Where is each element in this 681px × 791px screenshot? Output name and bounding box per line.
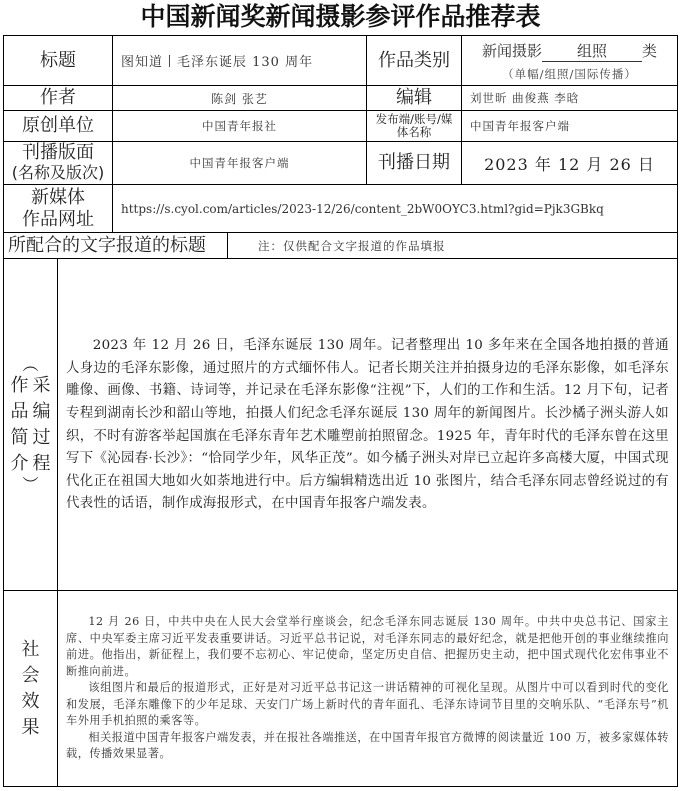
author-value-text: 陈剑 张艺 — [211, 90, 268, 107]
editor-value: 刘世昕 曲俊燕 李晗 — [461, 85, 678, 111]
process-label-char: 品 — [11, 399, 29, 425]
origin-value-text: 中国青年报社 — [202, 118, 277, 134]
title-label-text: 标题 — [40, 51, 76, 71]
effect-label-char: 社 — [22, 637, 40, 663]
process-label-col-left: 作 品 简 介 — [9, 373, 31, 477]
related-label: 所配合的文字报道的标题 — [3, 232, 228, 259]
related-note-text: 注：仅供配合文字报道的作品填报 — [258, 238, 446, 254]
effect-label-char: 效 — [22, 689, 40, 715]
effect-label-char: 会 — [22, 663, 40, 689]
process-label-char: 编 — [33, 399, 51, 425]
process-label-col-right: 采 编 过 程 — [31, 373, 53, 477]
author-value: 陈剑 张艺 — [112, 85, 367, 111]
effect-paragraph: 12 月 26 日，中共中央在人民大会堂举行座谈会，纪念毛泽东同志诞辰 130 … — [66, 614, 669, 680]
editor-value-text: 刘世昕 曲俊燕 李晗 — [470, 90, 579, 106]
publisher-label: 发布端/账号/媒体名称 — [366, 110, 462, 142]
author-label-text: 作者 — [40, 88, 76, 108]
layout-value-text: 中国青年报客户端 — [190, 155, 290, 171]
layout-label-line2: (名称及版次) — [12, 163, 105, 183]
url-value[interactable]: https://s.cyol.com/articles/2023-12/26/c… — [112, 184, 678, 233]
publisher-value: 中国青年报客户端 — [461, 110, 678, 142]
effect-paragraph: 该组图片和最后的报道形式，正好是对习近平总书记这一讲话精神的可视化呈现。从图片中… — [66, 680, 669, 730]
editor-label: 编辑 — [366, 85, 462, 111]
process-label: ︵ 采 编 过 程 作 品 简 介 ︶ — [3, 258, 58, 591]
url-label: 新媒体 作品网址 — [3, 184, 113, 233]
date-value-text: 2023 年 12 月 26 日 — [484, 152, 655, 175]
origin-label: 原创单位 — [3, 110, 113, 142]
process-label-columns: 采 编 过 程 作 品 简 介 — [9, 373, 53, 477]
category-line: 新闻摄影组照类 — [482, 40, 657, 62]
url-label-line1: 新媒体 — [31, 187, 85, 209]
layout-label: 刊播版面 (名称及版次) — [3, 141, 113, 185]
date-value: 2023 年 12 月 26 日 — [461, 141, 678, 185]
category-label: 作品类别 — [366, 35, 462, 86]
origin-label-text: 原创单位 — [22, 116, 94, 136]
process-text: 2023 年 12 月 26 日，毛泽东诞辰 130 周年。记者整理出 10 多… — [57, 258, 678, 591]
date-label-text: 刊播日期 — [378, 153, 450, 173]
effect-label: 社 会 效 果 — [3, 590, 58, 787]
process-label-char: 程 — [33, 451, 51, 477]
url-link[interactable]: https://s.cyol.com/articles/2023-12/26/c… — [121, 202, 604, 216]
layout-label-line1: 刊播版面 — [22, 143, 94, 163]
author-label: 作者 — [3, 85, 113, 111]
effect-label-char: 果 — [22, 715, 40, 741]
publisher-label-text: 发布端/账号/媒体名称 — [373, 113, 455, 139]
category-label-text: 作品类别 — [378, 51, 450, 71]
publisher-value-text: 中国青年报客户端 — [470, 118, 570, 134]
title-value-text: 图知道丨毛泽东诞辰 130 周年 — [121, 51, 313, 70]
category-selected: 组照 — [542, 40, 642, 62]
title-label: 标题 — [3, 35, 113, 86]
process-label-char: 介 — [11, 451, 29, 477]
url-label-line2: 作品网址 — [22, 209, 94, 231]
process-paren-close: ︶ — [22, 477, 38, 493]
layout-value: 中国青年报客户端 — [112, 141, 367, 185]
origin-value: 中国青年报社 — [112, 110, 367, 142]
process-label-char: 采 — [33, 373, 51, 399]
date-label: 刊播日期 — [366, 141, 462, 185]
category-options: （单幅/组照/国际传播） — [502, 66, 637, 82]
related-label-text: 所配合的文字报道的标题 — [8, 236, 206, 256]
title-value: 图知道丨毛泽东诞辰 130 周年 — [112, 35, 367, 86]
category-prefix: 新闻摄影 — [482, 42, 542, 60]
category-suffix: 类 — [642, 42, 657, 60]
process-label-char: 过 — [33, 425, 51, 451]
category-wrap: 新闻摄影组照类 （单幅/组照/国际传播） — [482, 40, 657, 82]
process-paragraph: 2023 年 12 月 26 日，毛泽东诞辰 130 周年。记者整理出 10 多… — [66, 335, 669, 516]
process-label-char: 作 — [11, 373, 29, 399]
category-value: 新闻摄影组照类 （单幅/组照/国际传播） — [461, 35, 678, 86]
effect-text: 12 月 26 日，中共中央在人民大会堂举行座谈会，纪念毛泽东同志诞辰 130 … — [57, 590, 678, 787]
process-paren-open: ︵ — [22, 357, 38, 373]
editor-label-text: 编辑 — [396, 88, 432, 108]
process-label-char: 简 — [11, 425, 29, 451]
related-note: 注：仅供配合文字报道的作品填报 — [227, 232, 678, 259]
effect-paragraph: 相关报道中国青年报客户端发表，并在报社各端推送，在中国青年报官方微博的阅读量近 … — [66, 730, 669, 763]
document-title: 中国新闻奖新闻摄影参评作品推荐表 — [0, 0, 681, 34]
